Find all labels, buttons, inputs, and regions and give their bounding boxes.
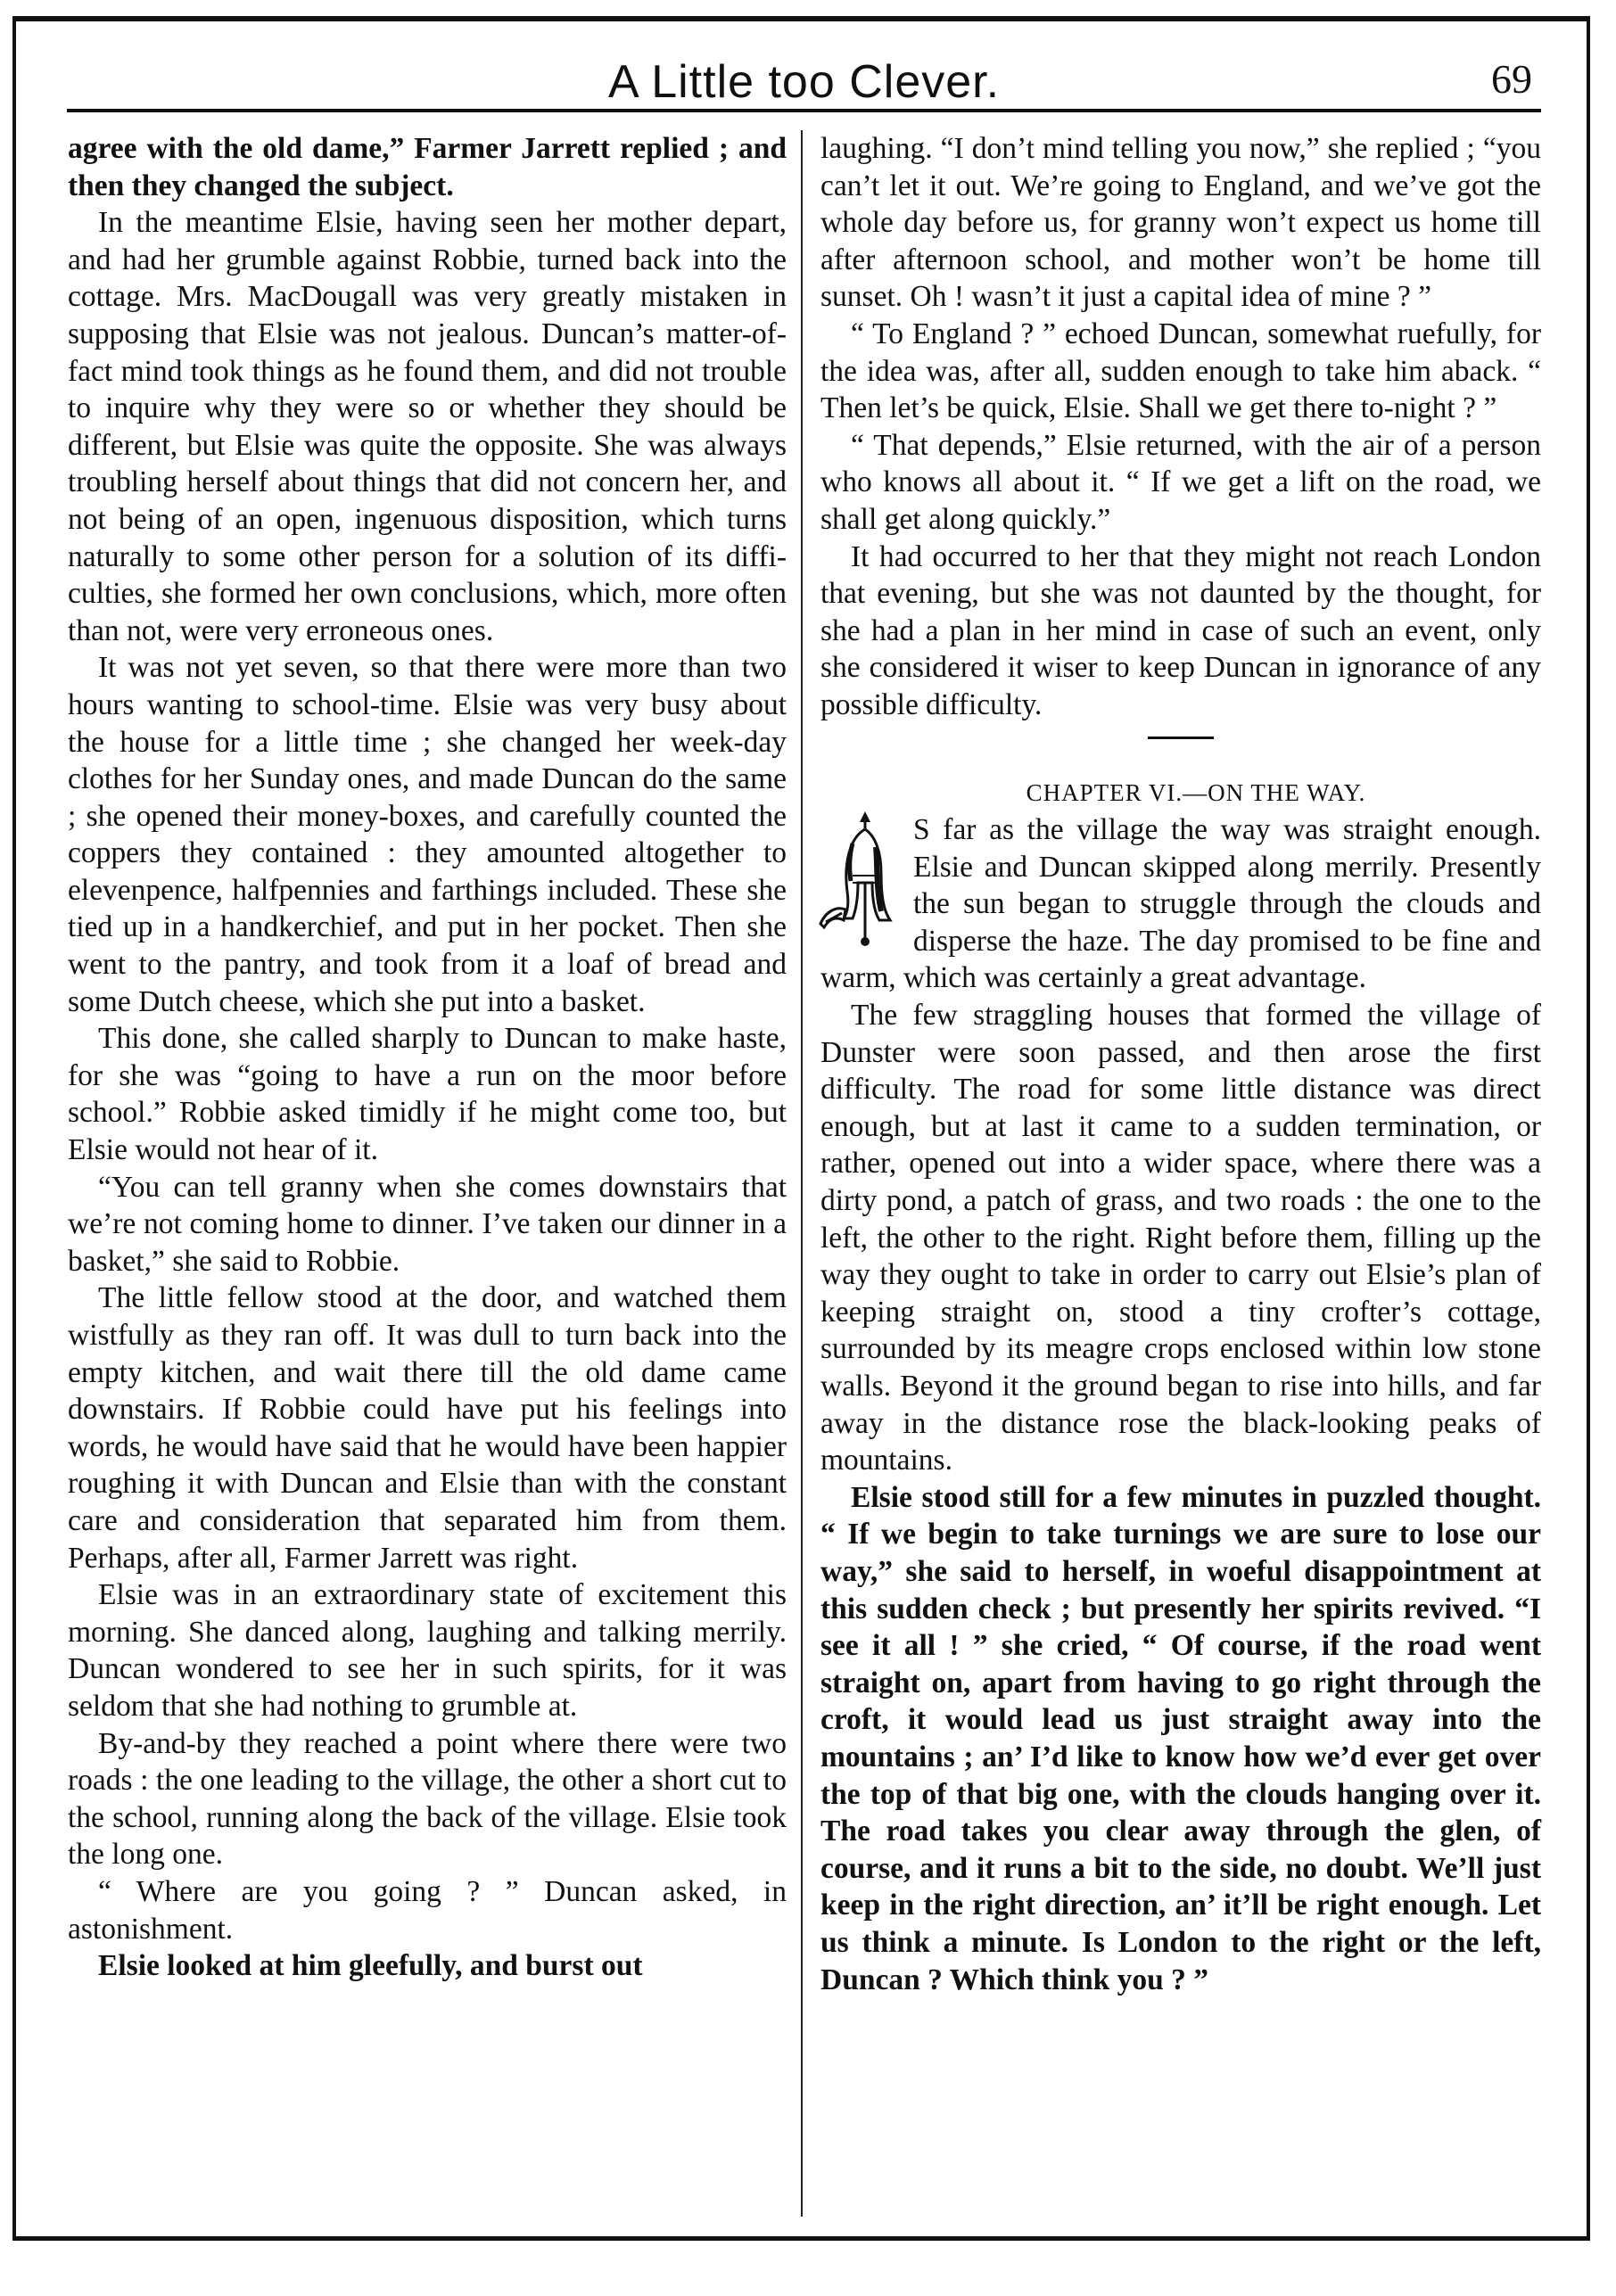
chapter-heading: CHAPTER VI.—ON THE WAY.: [820, 775, 1541, 812]
paragraph: “ That depends,” Elsie returned, with th…: [820, 427, 1541, 539]
paragraph: agree with the old dame,” Farmer Jarrett…: [68, 130, 787, 204]
chapter-opening-text: S far as the village the way was straigh…: [820, 813, 1541, 994]
paragraph: The little fellow stood at the door, and…: [68, 1280, 787, 1576]
running-title: A Little too Clever.: [67, 55, 1541, 109]
paragraph: This done, she called sharply to Duncan …: [68, 1020, 787, 1168]
paragraph: Elsie stood still for a few minutes in p…: [820, 1479, 1541, 1998]
page-number: 69: [1491, 55, 1532, 103]
paragraph: Elsie was in an extraordinary state of e…: [68, 1576, 787, 1724]
paragraph: By-and-by they reached a point where the…: [68, 1725, 787, 1873]
column-divider: [801, 130, 803, 2217]
section-separator-rule: [1148, 737, 1214, 739]
paragraph: It was not yet seven, so that there were…: [68, 649, 787, 1020]
paragraph: “ To England ? ” echoed Duncan, somewhat…: [820, 316, 1541, 427]
chapter-opening-paragraph: S far as the village the way was straigh…: [820, 811, 1541, 997]
paragraph: The few straggling houses that formed th…: [820, 997, 1541, 1479]
paragraph: “ Where are you going ? ” Duncan asked, …: [68, 1873, 787, 1947]
paragraph: “You can tell granny when she comes down…: [68, 1169, 787, 1280]
paragraph: In the meantime Elsie, having seen her m…: [68, 204, 787, 649]
paragraph: laughing. “I don’t mind telling you now,…: [820, 130, 1541, 316]
drop-cap-a-icon: [817, 811, 899, 959]
left-column: agree with the old dame,” Farmer Jarrett…: [68, 130, 787, 1985]
running-header: A Little too Clever. 69: [67, 43, 1541, 105]
paragraph: Elsie looked at him gleefully, and burst…: [68, 1947, 787, 1985]
paragraph: It had occurred to her that they might n…: [820, 539, 1541, 724]
right-column: laughing. “I don’t mind telling you now,…: [820, 130, 1541, 1998]
header-rule: [67, 109, 1541, 112]
